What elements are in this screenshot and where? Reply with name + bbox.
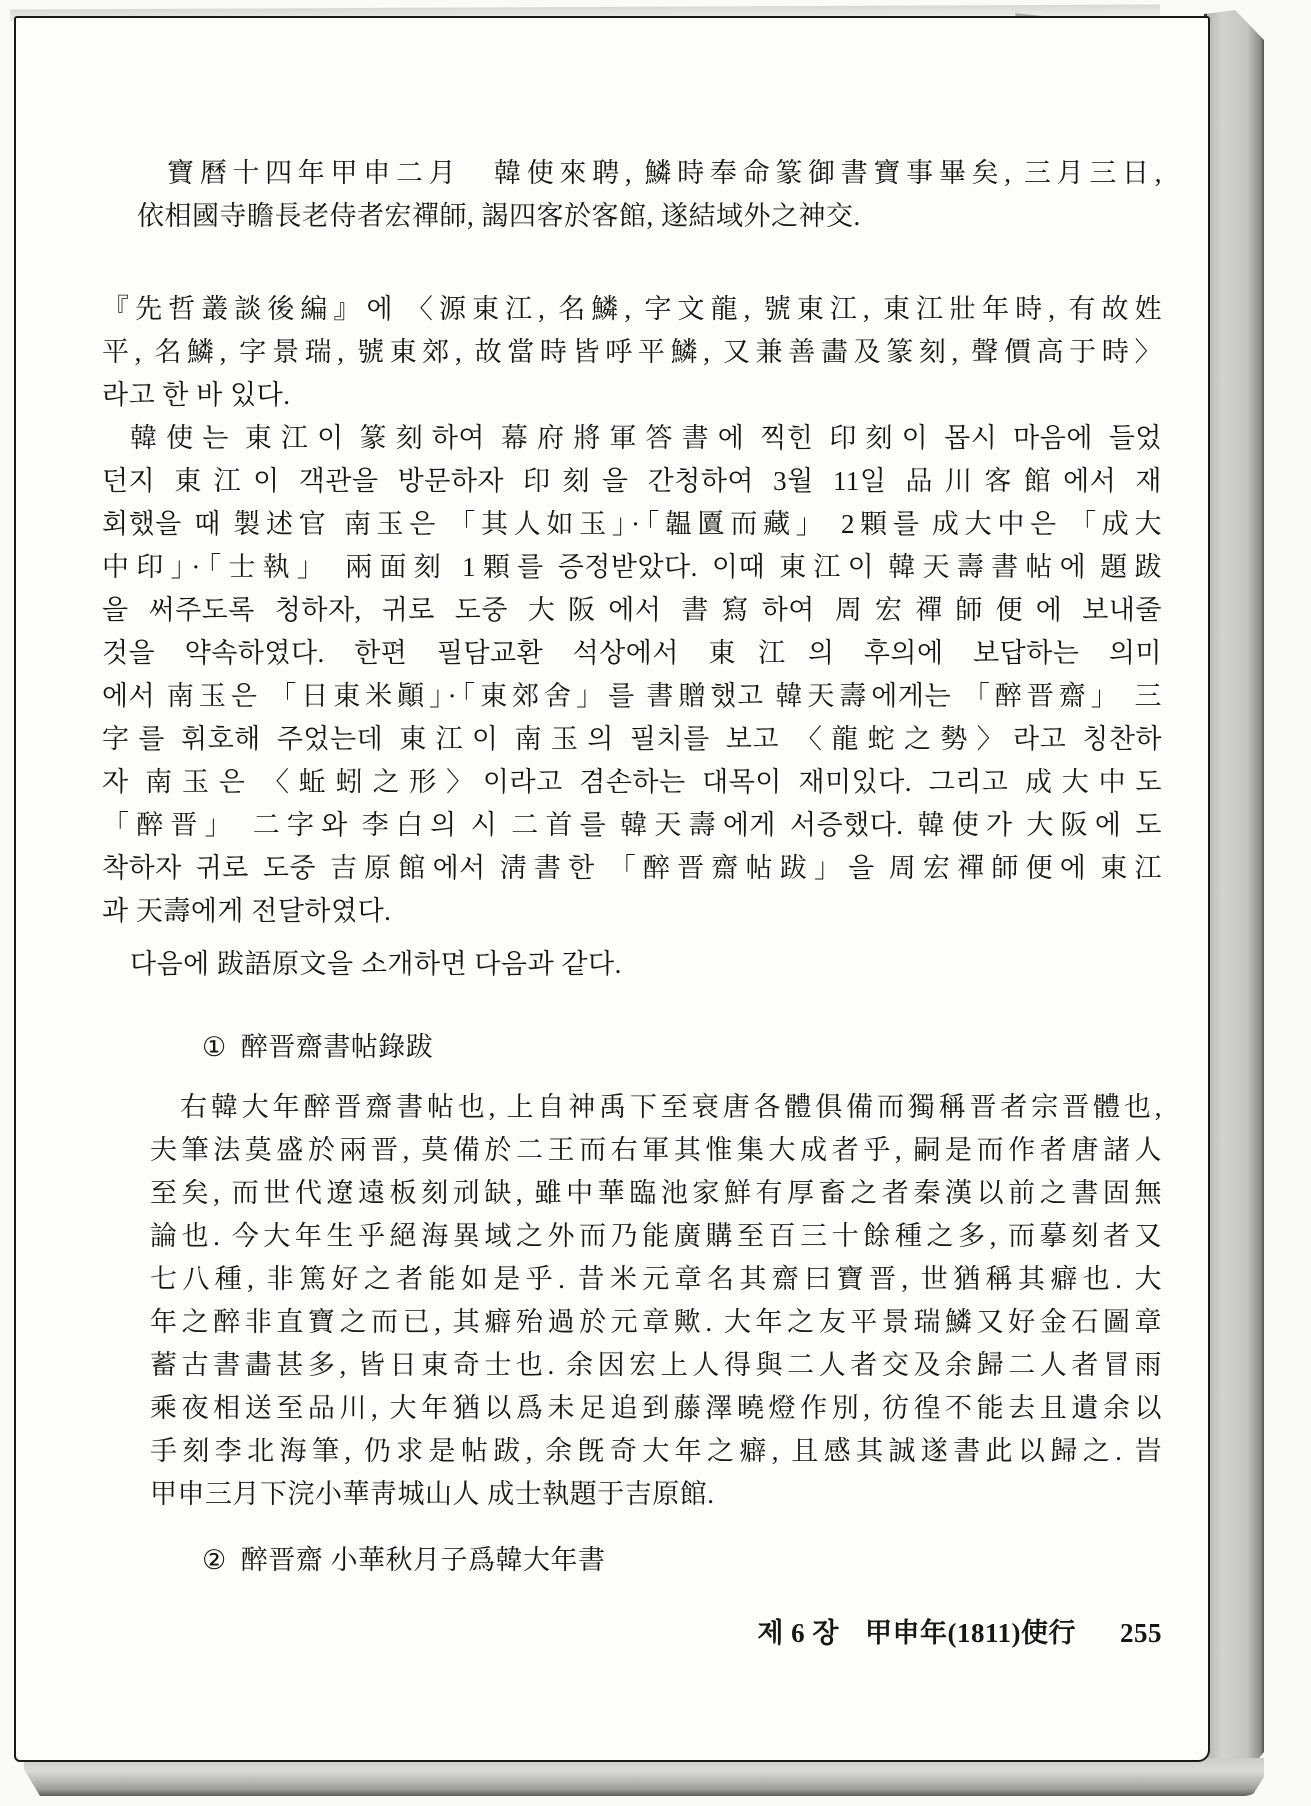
book-fore-edge: [1204, 10, 1264, 1772]
text-line: 至矣, 而世代遼遠板刻刓缺, 雖中華臨池家鮮有厚畜之者秦漢以前之書固無: [150, 1172, 1162, 1215]
chapter-label: 제 6 장: [757, 1618, 839, 1648]
text-line: 七八種, 非篤好之者能如是乎. 昔米元章名其齋曰寶晋, 世猶稱其癖也. 大: [150, 1258, 1162, 1301]
text-line: 右韓大年醉晋齋書帖也, 上自神禹下至衰唐各體俱備而獨稱晋者宗晋體也,: [150, 1086, 1162, 1129]
text-line: 寶曆十四年甲申二月 韓使來聘, 鱗時奉命篆御書寶事畢矣, 三月三日,: [137, 152, 1162, 195]
page-number: 255: [1120, 1618, 1162, 1648]
text-line: 『先哲叢談後編』에 〈源東江, 名鱗, 字文龍, 號東江, 東江壯年時, 有故姓: [102, 288, 1162, 331]
text-line: 年之醉非直寶之而已, 其癖殆過於元章歟. 大年之友平景瑞鱗又好金石圖章: [150, 1301, 1162, 1344]
page: 寶曆十四年甲申二月 韓使來聘, 鱗時奉命篆御書寶事畢矣, 三月三日, 依相國寺瞻…: [14, 16, 1210, 1762]
hanmun-postscript-text: 右韓大年醉晋齋書帖也, 上自神禹下至衰唐各體俱備而獨稱晋者宗晋體也, 夫筆法莫盛…: [150, 1086, 1162, 1516]
text-line: 것을 약속하였다. 한편 필담교환 석상에서 東江의 후의에 보답하는 의미: [102, 632, 1162, 675]
text-line: 夫筆法莫盛於兩晋, 莫備於二王而右軍其惟集大成者乎, 嗣是而作者唐諸人: [150, 1129, 1162, 1172]
section-title: 醉晋齋 小華秋月子爲韓大年書: [241, 1545, 606, 1575]
opening-hanmun-quote: 寶曆十四年甲申二月 韓使來聘, 鱗時奉命篆御書寶事畢矣, 三月三日, 依相國寺瞻…: [137, 152, 1162, 238]
text-line: 회했을 때 製述官 南玉은 「其人如玉」·「韞匵而藏」 2顆를 成大中은 「成大: [102, 503, 1162, 546]
text-line: 手刻李北海筆, 仍求是帖跋, 余旣奇大年之癖, 且感其誠遂書此以歸之. 旹: [150, 1430, 1162, 1473]
text-line: 蓄古書畵甚多, 皆日東奇士也. 余因宏上人得與二人者交及余歸二人者冒雨: [150, 1344, 1162, 1387]
text-line: 자 南玉은 〈蚯蚓之形〉이라고 겸손하는 대목이 재미있다. 그리고 成大中도: [102, 761, 1162, 804]
text-line: 착하자 귀로 도중 吉原館에서 淸書한 「醉晋齋帖跋」을 周宏禪師便에 東江: [102, 847, 1162, 890]
text-line: 依相國寺瞻長老侍者宏禪師, 謁四客於客館, 遂結域外之神交.: [137, 195, 1162, 238]
text-line: 과 天壽에게 전달하였다.: [102, 890, 1162, 933]
text-line: 던지 東江이 객관을 방문하자 印刻을 간청하여 3월 11일 品川客館에서 재: [102, 460, 1162, 503]
section-heading-2: ②醉晋齋 小華秋月子爲韓大年書: [202, 1539, 1162, 1582]
text-line: 中印」·「士執」 兩面刻 1顆를 증정받았다. 이때 東江이 韓天壽書帖에 題跋: [102, 546, 1162, 589]
text-line: 라고 한 바 있다.: [102, 374, 1162, 417]
text-line: 乘夜相送至品川, 大年猶以爲未足追到藤澤曉燈作別, 彷徨不能去且遺余以: [150, 1387, 1162, 1430]
text-line: 다음에 跋語原文을 소개하면 다음과 같다.: [102, 943, 1162, 986]
paragraph-main-narrative: 韓使는 東江이 篆刻하여 幕府將軍答書에 찍힌 印刻이 몹시 마음에 들었 던지…: [102, 417, 1162, 933]
paragraph-source-citation: 『先哲叢談後編』에 〈源東江, 名鱗, 字文龍, 號東江, 東江壯年時, 有故姓…: [102, 288, 1162, 417]
text-line: 을 써주도록 청하자, 귀로 도중 大阪에서 書寫하여 周宏禪師便에 보내줄: [102, 589, 1162, 632]
page-footer: 제 6 장甲申年(1811)使行255: [102, 1612, 1162, 1655]
chapter-title: 甲申年(1811)使行: [865, 1618, 1076, 1648]
text-line: 에서 南玉은 「日東米顚」·「東郊舍」를 書贈했고 韓天壽에게는 「醉晋齋」 三: [102, 675, 1162, 718]
text-line: 論也. 今大年生乎絕海異域之外而乃能廣購至百三十餘種之多, 而摹刻者又: [150, 1215, 1162, 1258]
text-line: 韓使는 東江이 篆刻하여 幕府將軍答書에 찍힌 印刻이 몹시 마음에 들었: [102, 417, 1162, 460]
text-line: 字를 휘호해 주었는데 東江이 南玉의 필치를 보고 〈龍蛇之勢〉라고 칭찬하: [102, 718, 1162, 761]
text-line: 甲申三月下浣小華靑城山人 成士執題于吉原館.: [150, 1473, 1162, 1516]
paragraph-lead-in: 다음에 跋語原文을 소개하면 다음과 같다.: [102, 943, 1162, 986]
text-line: 「醉晋」 二字와 李白의 시 二首를 韓天壽에게 서증했다. 韓使가 大阪에 도: [102, 804, 1162, 847]
book-bottom-edge: [24, 1758, 1264, 1796]
section-heading-1: ①醉晋齋書帖錄跋: [202, 1026, 1162, 1069]
text-line: 平, 名鱗, 字景瑞, 號東郊, 故當時皆呼平鱗, 又兼善畵及篆刻, 聲價高于時…: [102, 331, 1162, 374]
section-title: 醉晋齋書帖錄跋: [241, 1032, 434, 1062]
section-number: ①: [202, 1032, 227, 1062]
scanned-book-page: 寶曆十四年甲申二月 韓使來聘, 鱗時奉命篆御書寶事畢矣, 三月三日, 依相國寺瞻…: [0, 0, 1311, 1806]
page-content: 寶曆十四年甲申二月 韓使來聘, 鱗時奉命篆御書寶事畢矣, 三月三日, 依相國寺瞻…: [102, 152, 1162, 1655]
section-number: ②: [202, 1545, 227, 1575]
